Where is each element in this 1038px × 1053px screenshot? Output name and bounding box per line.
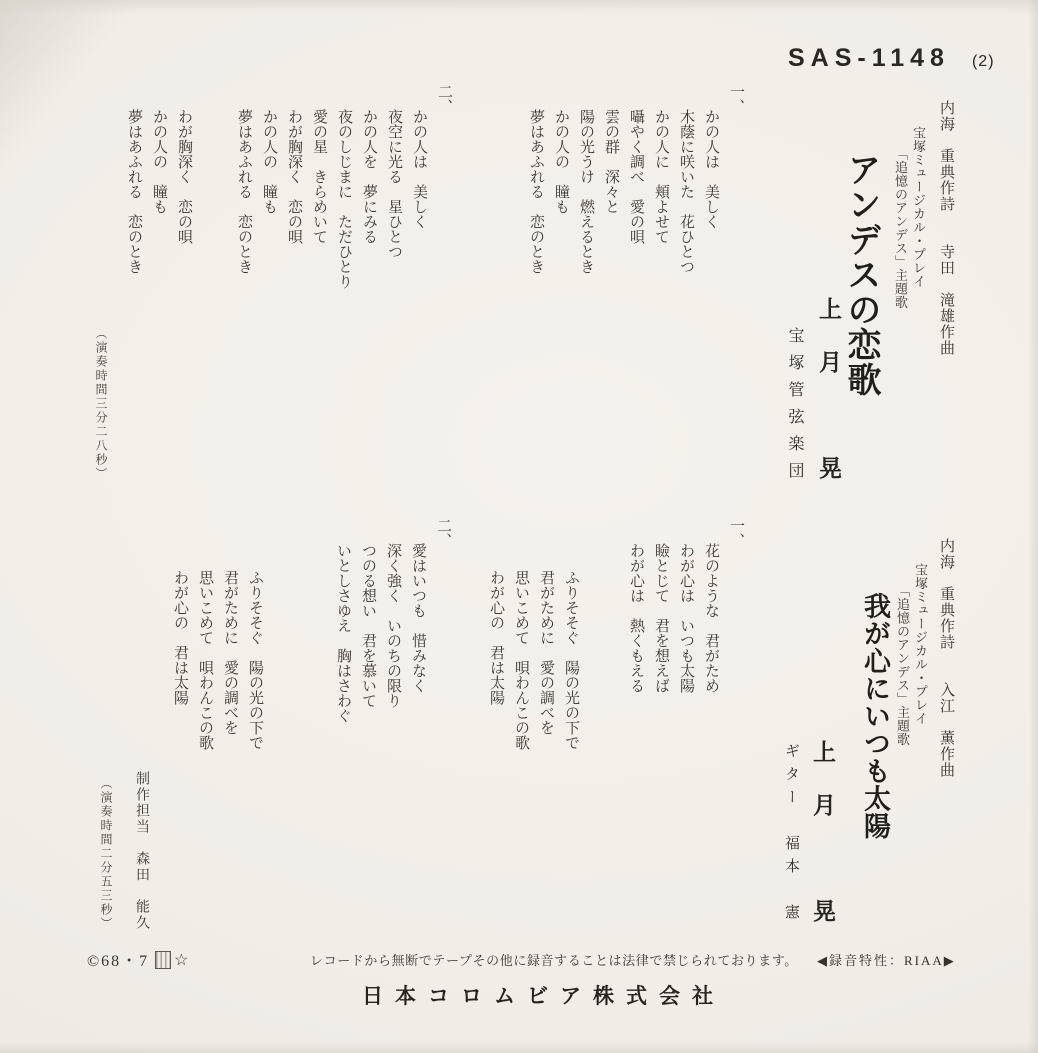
lyric-line: 君がために 愛の調べを — [533, 518, 558, 818]
lyric-line: ふりそそぐ 陽の光の下で — [558, 518, 583, 818]
lyric-line: わが胸深く 恋の唄 — [171, 84, 196, 394]
song2-title: 我が心にいつも太陽 — [856, 592, 895, 872]
lyric-line: 夢はあふれる 恋のとき — [523, 84, 548, 394]
lyric-line: 愛の星 きらめいて — [306, 84, 331, 394]
song2-verse2: 二、 愛はいつも 惜みなく 深く強く いのちの限り つのる想い 君を慕いて いと… — [315, 518, 455, 818]
recording-spec: ◀録音特性：RIAA▶ — [817, 950, 956, 969]
song2-source-line1: 宝塚ミュージカル・プレイ — [911, 563, 930, 763]
lyric-line: かの人の 瞳も — [256, 84, 281, 394]
lyric-line: 愛はいつも 惜みなく — [405, 518, 430, 818]
song2-verse1: 一、 花のような 君がため わが心は いつも太陽 瞼とじて 君を想えば わが心は… — [608, 518, 748, 818]
lyric-line: 陽の光うけ 燃えるとき — [573, 84, 598, 394]
song2-source-line2: 「追憶のアンデス」主題歌 — [893, 584, 912, 784]
song1-verse2: 二、 かの人は 美しく 夜空に光る 星ひとつ かの人を 夢にみる 夜のしじまに … — [216, 84, 456, 394]
lyric-line: 雲の群 深々と — [598, 84, 623, 394]
lyric-line: 囁やく調べ 愛の唄 — [623, 84, 648, 394]
lyric-line: かの人は 美しく — [406, 84, 431, 394]
lyric-line: 夜のしじまに ただひとり — [331, 84, 356, 394]
verse-number: 一、 — [723, 518, 748, 818]
song2-singer: 上月 晃 — [806, 740, 839, 970]
song2-duration: （演奏時間二分五三秒） — [98, 777, 115, 957]
lyric-line: いとしさゆえ 胸はさわぐ — [330, 518, 355, 818]
lyric-line: わが心は いつも太陽 — [673, 518, 698, 818]
lyric-line: 花のような 君がため — [698, 518, 723, 818]
lyric-line: つのる想い 君を慕いて — [355, 518, 380, 818]
production-credit: 制作担当 森田 能久 — [131, 771, 151, 951]
lyric-line: かの人は 美しく — [698, 84, 723, 394]
catalog-number: SAS-1148(2) — [788, 44, 995, 73]
song2-guitar-credit: ギター 福本 憲 — [781, 743, 802, 953]
copyright-line: ©68・7 ☆ — [87, 948, 191, 971]
lyric-line: 瞼とじて 君を想えば — [648, 518, 673, 818]
song1-orchestra: 宝塚管弦楽団 — [783, 327, 806, 527]
lyric-line: かの人の 瞳も — [548, 84, 573, 394]
lyric-line: 夜空に光る 星ひとつ — [381, 84, 406, 394]
verse-number: 二、 — [431, 84, 456, 394]
lyric-line: わが心の 君は太陽 — [167, 518, 192, 818]
lyric-line: 夢はあふれる 恋のとき — [121, 84, 146, 394]
copy-protection-notice: レコードから無断でテープその他に録音することは法律で禁じられております。 — [310, 950, 798, 969]
song2-verse1-refrain: ふりそそぐ 陽の光の下で 君がために 愛の調べを 思いこめて 唄わんこの歌 わが… — [471, 518, 583, 818]
lyric-line: 深く強く いのちの限り — [380, 518, 405, 818]
verse-number: 一、 — [723, 84, 748, 394]
star-icon: ☆ — [174, 950, 190, 970]
boxed-mark-icon — [155, 951, 171, 969]
song2-credits: 内海 重典作詩 入江 薫作曲 — [936, 538, 957, 868]
record-sleeve-back: SAS-1148(2) 内海 重典作詩 寺田 滝雄作曲 宝塚ミュージカル・プレイ… — [0, 0, 1038, 1053]
lyric-line: かの人の 瞳も — [146, 84, 171, 394]
lyric-line: かの人に 頬よせて — [648, 84, 673, 394]
lyric-line: 思いこめて 唄わんこの歌 — [192, 518, 217, 818]
lyric-line: わが胸深く 恋の唄 — [281, 84, 306, 394]
song1-credits: 内海 重典作詩 寺田 滝雄作曲 — [936, 100, 957, 430]
verse-number: 二、 — [430, 518, 455, 818]
lyric-line: 夢はあふれる 恋のとき — [231, 84, 256, 394]
song1-verse1: 一、 かの人は 美しく 木蔭に咲いた 花ひとつ かの人に 頬よせて 囁やく調べ … — [498, 84, 748, 394]
song1-source-line1: 宝塚ミュージカル・プレイ — [909, 126, 928, 326]
song1-singer: 上月 晃 — [812, 297, 845, 517]
lyric-line: 木蔭に咲いた 花ひとつ — [673, 84, 698, 394]
lyric-line: かの人を 夢にみる — [356, 84, 381, 394]
song1-source-line2: 「追憶のアンデス」主題歌 — [891, 147, 910, 347]
catalog-number-text: SAS-1148 — [788, 44, 950, 72]
lyric-line: 君がために 愛の調べを — [217, 518, 242, 818]
lyric-line: わが心の 君は太陽 — [483, 518, 508, 818]
company-name: 日本コロムビア株式会社 — [362, 980, 725, 1010]
catalog-suffix: (2) — [972, 53, 995, 70]
song1-duration: （演奏時間三分二八秒） — [93, 327, 110, 517]
lyric-line: わが心は 熱くもえる — [623, 518, 648, 818]
song2-verse2-refrain: ふりそそぐ 陽の光の下で 君がために 愛の調べを 思いこめて 唄わんこの歌 わが… — [155, 518, 267, 818]
song1-refrain: わが胸深く 恋の唄 かの人の 瞳も 夢はあふれる 恋のとき — [114, 84, 196, 394]
copyright-text: ©68・7 — [87, 948, 149, 971]
lyric-line: ふりそそぐ 陽の光の下で — [242, 518, 267, 818]
lyric-line: 思いこめて 唄わんこの歌 — [508, 518, 533, 818]
